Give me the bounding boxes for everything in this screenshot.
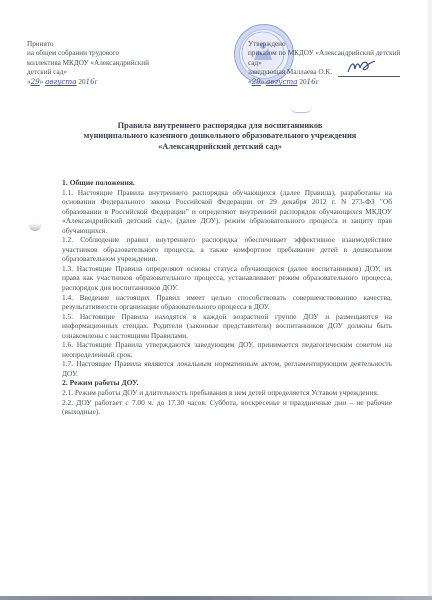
handwritten-year: 16 (307, 77, 316, 86)
document-title: Правила внутреннего распорядка для воспи… (40, 121, 400, 152)
paragraph: 1.2. Соблюдение правил внутреннего распо… (62, 235, 392, 264)
paragraph: 1.3. Настоящие Правила определяют основы… (62, 264, 392, 293)
title-line: «Александрийский детский сад» (40, 142, 400, 152)
title-line: Правила внутреннего распорядка для воспи… (40, 121, 400, 131)
page-bottom-edge (0, 596, 432, 600)
header-left-line: детский сад» (27, 68, 202, 77)
year-prefix: 20 (78, 78, 85, 86)
header-left-date: «29» августа 2016г (27, 77, 202, 87)
quote-close: » (40, 78, 44, 86)
hole-punch-mark (29, 223, 41, 231)
paragraph: 1.7. Настоящие Правила являются локальны… (62, 359, 392, 378)
year-suffix: г (316, 78, 319, 86)
paragraph: 2.2. ДОУ работает с 7.00 ч. до 17.30 час… (62, 398, 392, 417)
section-heading: 1. Общие положения. (62, 178, 392, 188)
paragraph: 1.4. Введение настоящих Правил имеет цел… (62, 293, 392, 312)
paragraph: 1.1. Настоящие Правила внутреннего распо… (62, 188, 392, 236)
section-heading: 2. Режим работы ДОУ. (62, 378, 392, 388)
header-approved-block: Утверждено приказом по МКДОУ «Александри… (248, 40, 418, 87)
handwritten-month: августа (45, 77, 76, 86)
paragraph: 1.6. Настоящие Правила утверждаются заве… (62, 340, 392, 359)
page-right-edge (428, 0, 432, 596)
handwritten-month: августа (266, 77, 297, 86)
handwritten-day: 29 (31, 77, 40, 86)
paragraph: 1.5. Настоящие Правила находятся в каждо… (62, 312, 392, 341)
year-suffix: г (95, 78, 98, 86)
header-left-line: Принято (27, 40, 202, 49)
header-right-date: «29» августа 2016г (248, 77, 418, 87)
director-name: заведующая Маллаева О.К. (248, 68, 332, 76)
signature-line (338, 68, 400, 77)
header-left-line: коллектива МКДОУ «Александрийский (27, 59, 202, 68)
stamp-edge (290, 106, 312, 113)
header-right-line: сад» (248, 59, 418, 68)
header-accepted-block: Принято на общем собрании трудового колл… (27, 40, 202, 87)
header-right-line: заведующая Маллаева О.К. (248, 68, 418, 77)
paragraph: 2.1. Режим работы ДОУ и длительность пре… (62, 388, 392, 398)
year-prefix: 20 (299, 78, 306, 86)
document-page: Принято на общем собрании трудового колл… (0, 0, 430, 596)
header-left-line: на общем собрании трудового (27, 49, 202, 58)
document-body: 1. Общие положения. 1.1. Настоящие Прави… (62, 178, 392, 417)
header-right-line: приказом по МКДОУ «Александрийский детск… (248, 49, 418, 58)
signature-icon (346, 59, 376, 75)
handwritten-day: 29 (252, 77, 261, 86)
handwritten-year: 16 (86, 77, 95, 86)
title-line: муниципального казенного дошкольного обр… (40, 131, 400, 141)
header-right-line: Утверждено (248, 40, 418, 49)
quote-close: » (261, 78, 265, 86)
